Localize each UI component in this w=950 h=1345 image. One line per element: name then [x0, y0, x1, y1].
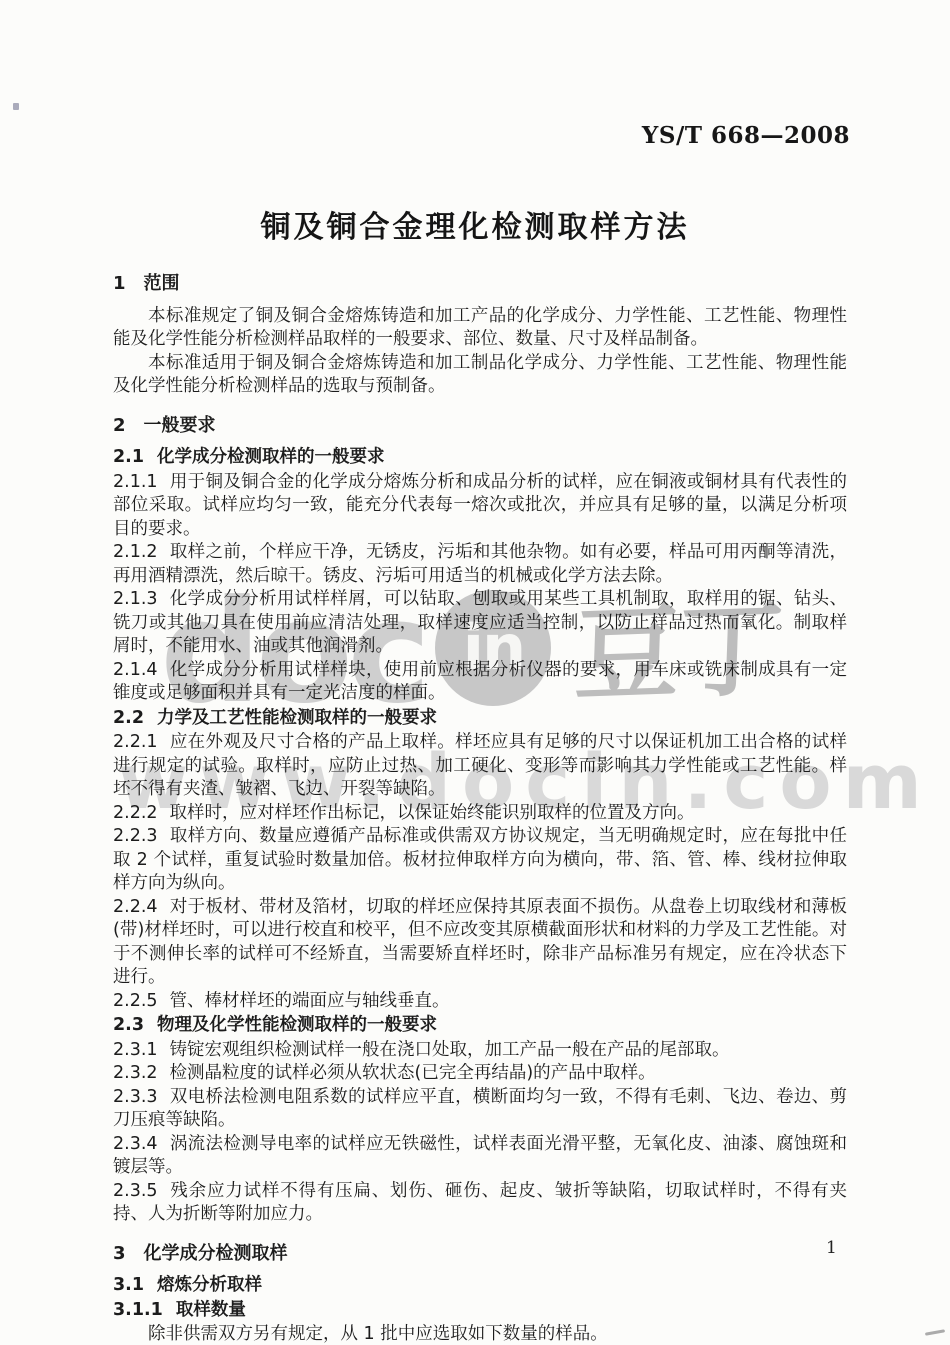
clause-number: 2.2	[113, 707, 144, 731]
clause-number: 2	[113, 414, 126, 438]
sub-heading: 2.3物理及化学性能检测取样的一般要求	[113, 1014, 847, 1038]
clause-text: 管、棒材样坯的端面应与轴线垂直。	[170, 991, 450, 1011]
clause: 2.2.1应在外观及尺寸合格的产品上取样。样坯应具有足够的尺寸以保证机加工出合格…	[113, 731, 847, 802]
clause: 2.2.4对于板材、带材及箔材，切取的样坯应保持其原表面不损伤。从盘卷上切取线材…	[113, 896, 847, 990]
clause-number: 2.2.2	[113, 802, 158, 826]
section-heading: 3化学成分检测取样	[113, 1242, 847, 1266]
clause: 2.1.1用于铜及铜合金的化学成分熔炼分析和成品分析的试样，应在铜液或铜材具有代…	[113, 471, 847, 542]
clause-text: 力学及工艺性能检测取样的一般要求	[157, 708, 437, 728]
clause-number: 2.2.3	[113, 825, 158, 849]
clause: 2.3.5残余应力试样不得有压扁、划伤、砸伤、起皮、皱折等缺陷，切取试样时，不得…	[113, 1180, 847, 1227]
scan-artifact-corner-mark	[925, 1329, 945, 1335]
sub-heading: 2.2力学及工艺性能检测取样的一般要求	[113, 707, 847, 731]
clause-number: 2.1.1	[113, 471, 158, 495]
clause-number: 2.3.2	[113, 1062, 158, 1086]
clause: 2.3.1铸锭宏观组织检测试样一般在浇口处取，加工产品一般在产品的尾部取。	[113, 1039, 847, 1063]
clause: 2.3.3双电桥法检测电阻系数的试样应平直，横断面均匀一致，不得有毛刺、飞边、卷…	[113, 1086, 847, 1133]
section-heading: 2一般要求	[113, 414, 847, 438]
sub-heading: 3.1.1取样数量	[113, 1299, 847, 1323]
clause-number: 2.3.3	[113, 1086, 158, 1110]
clause-number: 2.1.3	[113, 588, 158, 612]
clause-text: 用于铜及铜合金的化学成分熔炼分析和成品分析的试样，应在铜液或铜材具有代表性的部位…	[113, 472, 847, 539]
standard-code: YS/T 668—2008	[642, 122, 850, 149]
clause: 2.2.2取样时，应对样坯作出标记，以保证始终能识别取样的位置及方向。	[113, 802, 847, 826]
clause-text: 检测晶粒度的试样必须从软状态(已完全再结晶)的产品中取样。	[170, 1063, 656, 1083]
sub-heading: 3.1熔炼分析取样	[113, 1274, 847, 1298]
paragraph: 本标准适用于铜及铜合金熔炼铸造和加工制品化学成分、力学性能、工艺性能、物理性能及…	[113, 352, 847, 399]
clause-number: 2.1	[113, 446, 144, 470]
clause-text: 化学成分分析用试样样屑，可以钻取、刨取或用某些工具机制取，取样用的锯、钻头、铣刀…	[113, 589, 847, 656]
clause-number: 2.1.4	[113, 659, 158, 683]
clause-text: 化学成分检测取样的一般要求	[157, 447, 385, 467]
clause-text: 本标准规定了铜及铜合金熔炼铸造和加工产品的化学成分、力学性能、工艺性能、物理性能…	[113, 306, 847, 350]
clause-text: 本标准适用于铜及铜合金熔炼铸造和加工制品化学成分、力学性能、工艺性能、物理性能及…	[113, 353, 847, 397]
clause-text: 一般要求	[144, 415, 216, 436]
clause-number: 2.2.4	[113, 896, 158, 920]
clause-text: 涡流法检测导电率的试样应无铁磁性，试样表面光滑平整，无氧化皮、油漆、腐蚀斑和镀层…	[113, 1134, 847, 1178]
paragraph: 本标准规定了铜及铜合金熔炼铸造和加工产品的化学成分、力学性能、工艺性能、物理性能…	[113, 305, 847, 352]
clause: 2.1.2取样之前，个样应干净，无锈皮，污垢和其他杂物。如有必要，样品可用丙酮等…	[113, 541, 847, 588]
clause-text: 铸锭宏观组织检测试样一般在浇口处取，加工产品一般在产品的尾部取。	[170, 1040, 730, 1060]
clause-text: 取样时，应对样坯作出标记，以保证始终能识别取样的位置及方向。	[170, 803, 695, 823]
clause-number: 1	[113, 272, 126, 296]
clause-text: 应在外观及尺寸合格的产品上取样。样坯应具有足够的尺寸以保证机加工出合格的试样进行…	[113, 732, 847, 799]
clause: 2.3.2检测晶粒度的试样必须从软状态(已完全再结晶)的产品中取样。	[113, 1062, 847, 1086]
clause-text: 熔炼分析取样	[157, 1275, 262, 1295]
clause-text: 化学成分检测取样	[144, 1243, 288, 1264]
clause-text: 范围	[144, 273, 180, 294]
clause: 2.2.3取样方向、数量应遵循产品标准或供需双方协议规定，当无明确规定时，应在每…	[113, 825, 847, 896]
section-heading: 1范围	[113, 272, 847, 296]
clause-text: 双电桥法检测电阻系数的试样应平直，横断面均匀一致，不得有毛刺、飞边、卷边、剪刀压…	[113, 1087, 847, 1131]
clause-number: 3.1	[113, 1274, 144, 1298]
scan-artifact-dot	[13, 103, 19, 110]
clause-number: 2.2.1	[113, 731, 158, 755]
clause-number: 2.3.5	[113, 1180, 158, 1204]
clause-number: 2.3.4	[113, 1133, 158, 1157]
clause: 2.2.5管、棒材样坯的端面应与轴线垂直。	[113, 990, 847, 1014]
clause-text: 化学成分分析用试样样块，使用前应根据分析仪器的要求，用车床或铣床制成具有一定锥度…	[113, 660, 847, 704]
clause-number: 2.3	[113, 1014, 144, 1038]
clause-text: 物理及化学性能检测取样的一般要求	[157, 1015, 437, 1035]
page-number: 1	[826, 1238, 837, 1258]
clause-number: 3	[113, 1242, 126, 1266]
clause: 2.1.4化学成分分析用试样样块，使用前应根据分析仪器的要求，用车床或铣床制成具…	[113, 659, 847, 706]
document-title: 铜及铜合金理化检测取样方法	[0, 202, 950, 246]
sub-heading: 2.1化学成分检测取样的一般要求	[113, 446, 847, 470]
clause-number: 2.2.5	[113, 990, 158, 1014]
clause-number: 2.3.1	[113, 1039, 158, 1063]
clause-number: 2.1.2	[113, 541, 158, 565]
paragraph: 除非供需双方另有规定，从 1 批中应选取如下数量的样品。	[113, 1323, 847, 1345]
clause-text: 残余应力试样不得有压扁、划伤、砸伤、起皮、皱折等缺陷，切取试样时，不得有夹持、人…	[113, 1181, 847, 1225]
document-page: doc in 豆丁 www.docin.com YS/T 668—2008 铜及…	[0, 0, 950, 1345]
document-body: 1范围本标准规定了铜及铜合金熔炼铸造和加工产品的化学成分、力学性能、工艺性能、物…	[113, 272, 847, 1345]
clause-text: 取样方向、数量应遵循产品标准或供需双方协议规定，当无明确规定时，应在每批中任取 …	[113, 826, 847, 893]
clause-text: 对于板材、带材及箔材，切取的样坯应保持其原表面不损伤。从盘卷上切取线材和薄板(带…	[113, 897, 847, 988]
clause-text: 取样数量	[176, 1300, 246, 1320]
clause-text: 取样之前，个样应干净，无锈皮，污垢和其他杂物。如有必要，样品可用丙酮等清洗，再用…	[113, 542, 847, 586]
clause-text: 除非供需双方另有规定，从 1 批中应选取如下数量的样品。	[148, 1324, 608, 1344]
clause: 2.3.4涡流法检测导电率的试样应无铁磁性，试样表面光滑平整，无氧化皮、油漆、腐…	[113, 1133, 847, 1180]
clause-number: 3.1.1	[113, 1299, 163, 1323]
clause: 2.1.3化学成分分析用试样样屑，可以钻取、刨取或用某些工具机制取，取样用的锯、…	[113, 588, 847, 659]
